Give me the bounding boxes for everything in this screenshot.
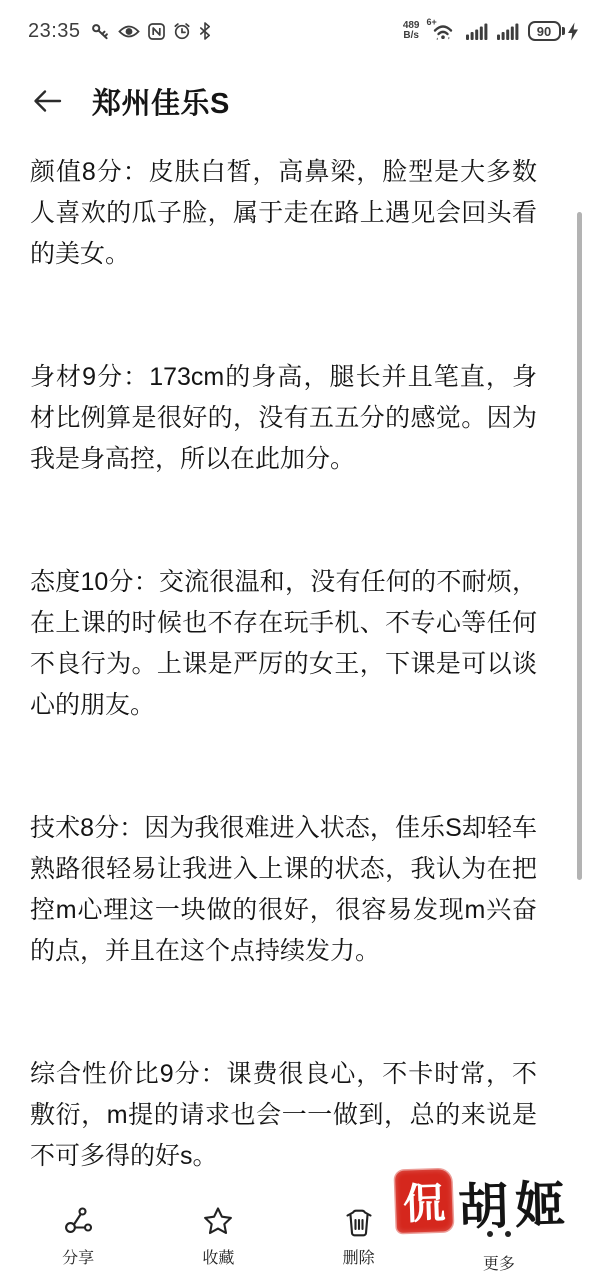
network-speed: 489 B/s <box>403 21 420 41</box>
eye-icon <box>118 24 140 39</box>
more-button[interactable]: 更多 <box>429 1200 569 1280</box>
bottom-toolbar: 分享 收藏 删除 更多 <box>0 1178 593 1280</box>
clock-time: 23:35 <box>28 20 81 43</box>
signal-icon-2 <box>497 23 519 40</box>
note-paragraph-attitude: 态度10分：交流很温和，没有任何的不耐烦，在上课的时候也不存在玩手机、不专心等任… <box>30 562 537 726</box>
more-icon <box>487 1200 511 1248</box>
battery-percent: 90 <box>528 21 561 41</box>
trash-icon <box>345 1200 373 1242</box>
note-title: 郑州佳乐S <box>92 81 230 122</box>
wifi-icon: 6+ <box>429 20 457 42</box>
note-app-screen: 23:35 <box>0 0 593 1280</box>
note-header: 郑州佳乐S <box>0 72 593 130</box>
favorite-button[interactable]: 收藏 <box>148 1200 288 1280</box>
note-paragraph-skill: 技术8分：因为我很难进入状态，佳乐S却轻车熟路很轻易让我进入上课的状态，我认为在… <box>30 808 537 972</box>
favorite-label: 收藏 <box>202 1245 234 1268</box>
back-button[interactable] <box>30 86 64 116</box>
star-icon <box>202 1200 234 1242</box>
share-label: 分享 <box>62 1245 94 1268</box>
share-button[interactable]: 分享 <box>8 1200 148 1280</box>
delete-label: 删除 <box>343 1245 375 1268</box>
note-paragraph-value: 综合性价比9分：课费很良心，不卡时常，不敷衍，m提的请求也会一一做到，总的来说是… <box>30 1054 537 1176</box>
note-body: 颜值8分：皮肤白皙，高鼻梁，脸型是大多数人喜欢的瓜子脸，属于走在路上遇见会回头看… <box>0 138 593 1176</box>
charging-bolt-icon <box>567 22 579 41</box>
back-arrow-icon <box>31 87 63 115</box>
battery-icon: 90 <box>528 21 580 41</box>
note-paragraph-appearance: 颜值8分：皮肤白皙，高鼻梁，脸型是大多数人喜欢的瓜子脸，属于走在路上遇见会回头看… <box>30 152 537 275</box>
delete-button[interactable]: 删除 <box>289 1200 429 1280</box>
wifi6-badge: 6+ <box>427 17 437 27</box>
key-icon <box>91 23 110 40</box>
nfc-icon <box>148 23 165 40</box>
alarm-icon <box>173 22 191 40</box>
more-label: 更多 <box>483 1251 515 1274</box>
status-bar: 23:35 <box>0 0 593 54</box>
share-icon <box>63 1200 93 1242</box>
note-paragraph-figure: 身材9分：173cm的身高，腿长并且笔直，身材比例算是很好的，没有五五分的感觉。… <box>30 357 537 480</box>
bluetooth-icon <box>199 22 211 40</box>
scrollbar[interactable] <box>577 212 582 880</box>
signal-icon <box>466 23 488 40</box>
battery-nub <box>562 27 565 35</box>
